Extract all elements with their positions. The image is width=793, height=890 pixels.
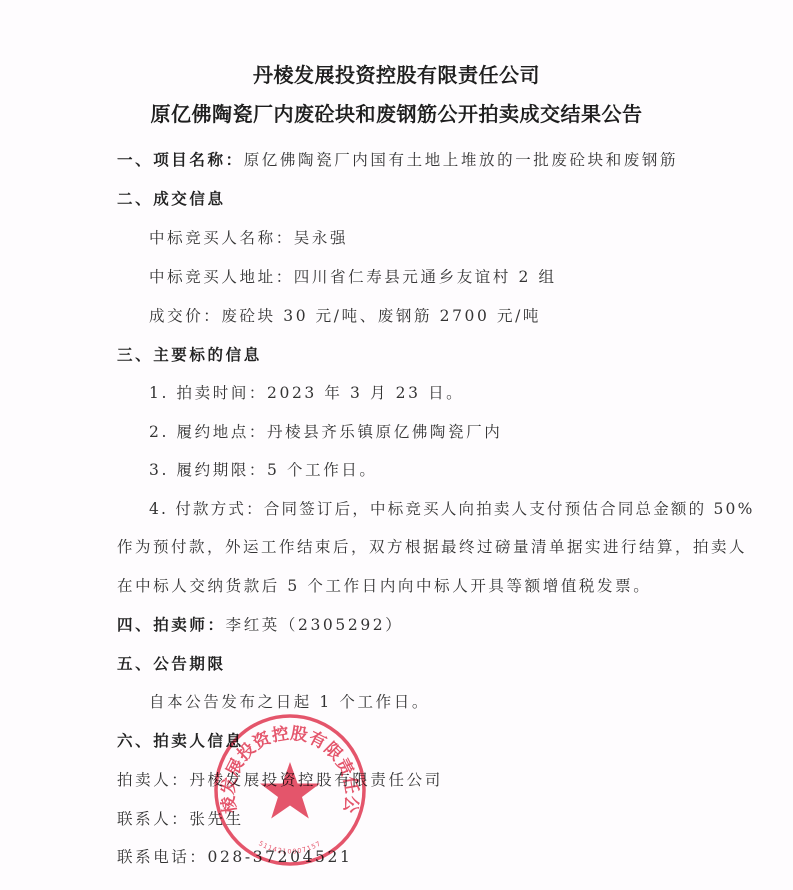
buyer-name: 中标竞买人名称：吴永强 [149, 226, 348, 248]
section-label: 六、拍卖人信息 [117, 731, 244, 750]
section-main-subject: 三、主要标的信息 [117, 343, 262, 365]
section-notice-period: 五、公告期限 [117, 652, 226, 674]
buyer-address: 中标竞买人地址：四川省仁寿县元通乡友谊村 2 组 [149, 265, 557, 287]
project-name-value: 原亿佛陶瓷厂内国有土地上堆放的一批废砼块和废钢筋 [244, 151, 678, 169]
section-label: 三、主要标的信息 [117, 345, 262, 364]
payment-method-cont-2: 在中标人交纳货款后 5 个工作日内向中标人开具等额增值税发票。 [117, 574, 651, 596]
deal-price: 成交价：废砼块 30 元/吨、废钢筋 2700 元/吨 [149, 304, 541, 326]
announcement-title: 原亿佛陶瓷厂内废砼块和废钢筋公开拍卖成交结果公告 [0, 98, 793, 127]
section-label: 二、成交信息 [117, 189, 226, 208]
section-label: 一、项目名称： [117, 150, 244, 169]
auction-time: 1. 拍卖时间：2023 年 3 月 23 日。 [149, 381, 464, 403]
auctioneer-company: 拍卖人：丹棱发展投资控股有限责任公司 [117, 768, 443, 790]
performance-location: 2. 履约地点：丹棱县齐乐镇原亿佛陶瓷厂内 [149, 420, 502, 442]
performance-period: 3. 履约期限：5 个工作日。 [149, 458, 378, 480]
payment-method-cont-1: 作为预付款，外运工作结束后，双方根据最终过磅量清单据实进行结算，拍卖人 [117, 535, 747, 557]
seal-ring-text: 丹棱发展投资控股有限责任公司 [212, 712, 362, 816]
payment-method: 4. 付款方式：合同签订后，中标竞买人向拍卖人支付预估合同总金额的 50% [149, 497, 755, 519]
contact-phone: 联系电话：028-37204521 [117, 845, 352, 867]
svg-text:丹棱发展投资控股有限责任公司: 丹棱发展投资控股有限责任公司 [212, 712, 362, 816]
section-auctioneer-info: 六、拍卖人信息 [117, 729, 244, 751]
section-label: 五、公告期限 [117, 654, 226, 673]
notice-period-value: 自本公告发布之日起 1 个工作日。 [149, 690, 430, 712]
document-page: 丹棱发展投资控股有限责任公司 原亿佛陶瓷厂内废砼块和废钢筋公开拍卖成交结果公告 … [0, 0, 793, 890]
auctioneer-person-value: 李红英（2305292） [226, 616, 404, 634]
section-deal-info: 二、成交信息 [117, 187, 226, 209]
section-project-name: 一、项目名称：原亿佛陶瓷厂内国有土地上堆放的一批废砼块和废钢筋 [117, 148, 678, 170]
company-title: 丹棱发展投资控股有限责任公司 [0, 59, 793, 88]
section-auctioneer-person: 四、拍卖师：李红英（2305292） [117, 613, 403, 635]
contact-person: 联系人：张先生 [117, 807, 244, 829]
section-label: 四、拍卖师： [117, 615, 226, 634]
